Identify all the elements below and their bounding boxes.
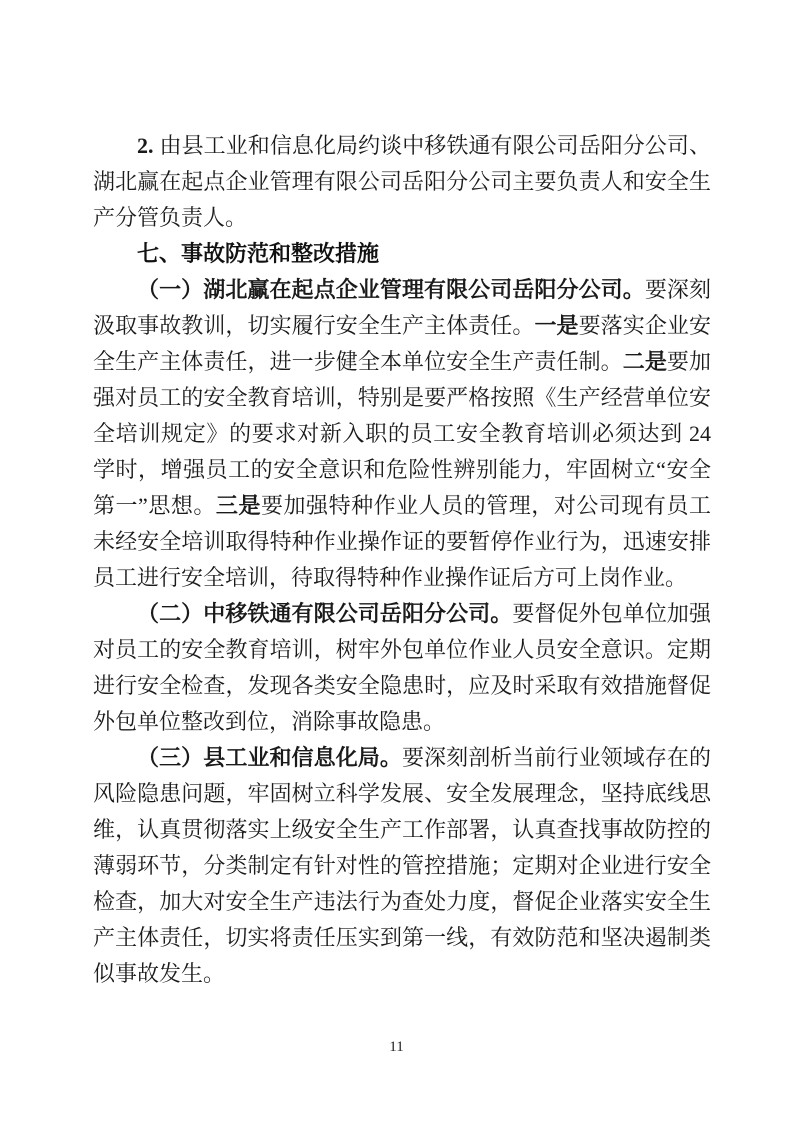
- paragraph-section-3: （三）县工业和信息化局。要深刻剖析当前行业领域存在的风险隐患问题，牢固树立科学发…: [93, 740, 711, 992]
- section-heading: 七、事故防范和整改措施: [93, 236, 711, 272]
- paragraph-section-1: （一）湖北赢在起点企业管理有限公司岳阳分公司。要深刻汲取事故教训，切实履行安全生…: [93, 272, 711, 596]
- subsection-lead: （三）县工业和信息化局。: [137, 745, 402, 770]
- emphasis-second: 二是: [623, 349, 667, 374]
- paragraph-text: 要深刻剖析当前行业领域存在的风险隐患问题，牢固树立科学发展、安全发展理念，坚持底…: [93, 745, 711, 986]
- subsection-lead: （二）中移铁通有限公司岳阳分公司。: [137, 601, 512, 626]
- list-number: 2.: [137, 133, 154, 158]
- page-number: 11: [0, 1038, 793, 1056]
- emphasis-third: 三是: [216, 493, 261, 518]
- emphasis-first: 一是: [534, 313, 578, 338]
- paragraph-section-2: （二）中移铁通有限公司岳阳分公司。要督促外包单位加强对员工的安全教育培训，树牢外…: [93, 596, 711, 740]
- document-page: 2.由县工业和信息化局约谈中移铁通有限公司岳阳分公司、湖北赢在起点企业管理有限公…: [0, 0, 793, 1122]
- subsection-lead: （一）湖北赢在起点企业管理有限公司岳阳分公司。: [137, 277, 645, 302]
- paragraph-text: 由县工业和信息化局约谈中移铁通有限公司岳阳分公司、湖北赢在起点企业管理有限公司岳…: [93, 133, 711, 230]
- paragraph-item-2: 2.由县工业和信息化局约谈中移铁通有限公司岳阳分公司、湖北赢在起点企业管理有限公…: [93, 128, 711, 236]
- document-body: 2.由县工业和信息化局约谈中移铁通有限公司岳阳分公司、湖北赢在起点企业管理有限公…: [93, 128, 711, 992]
